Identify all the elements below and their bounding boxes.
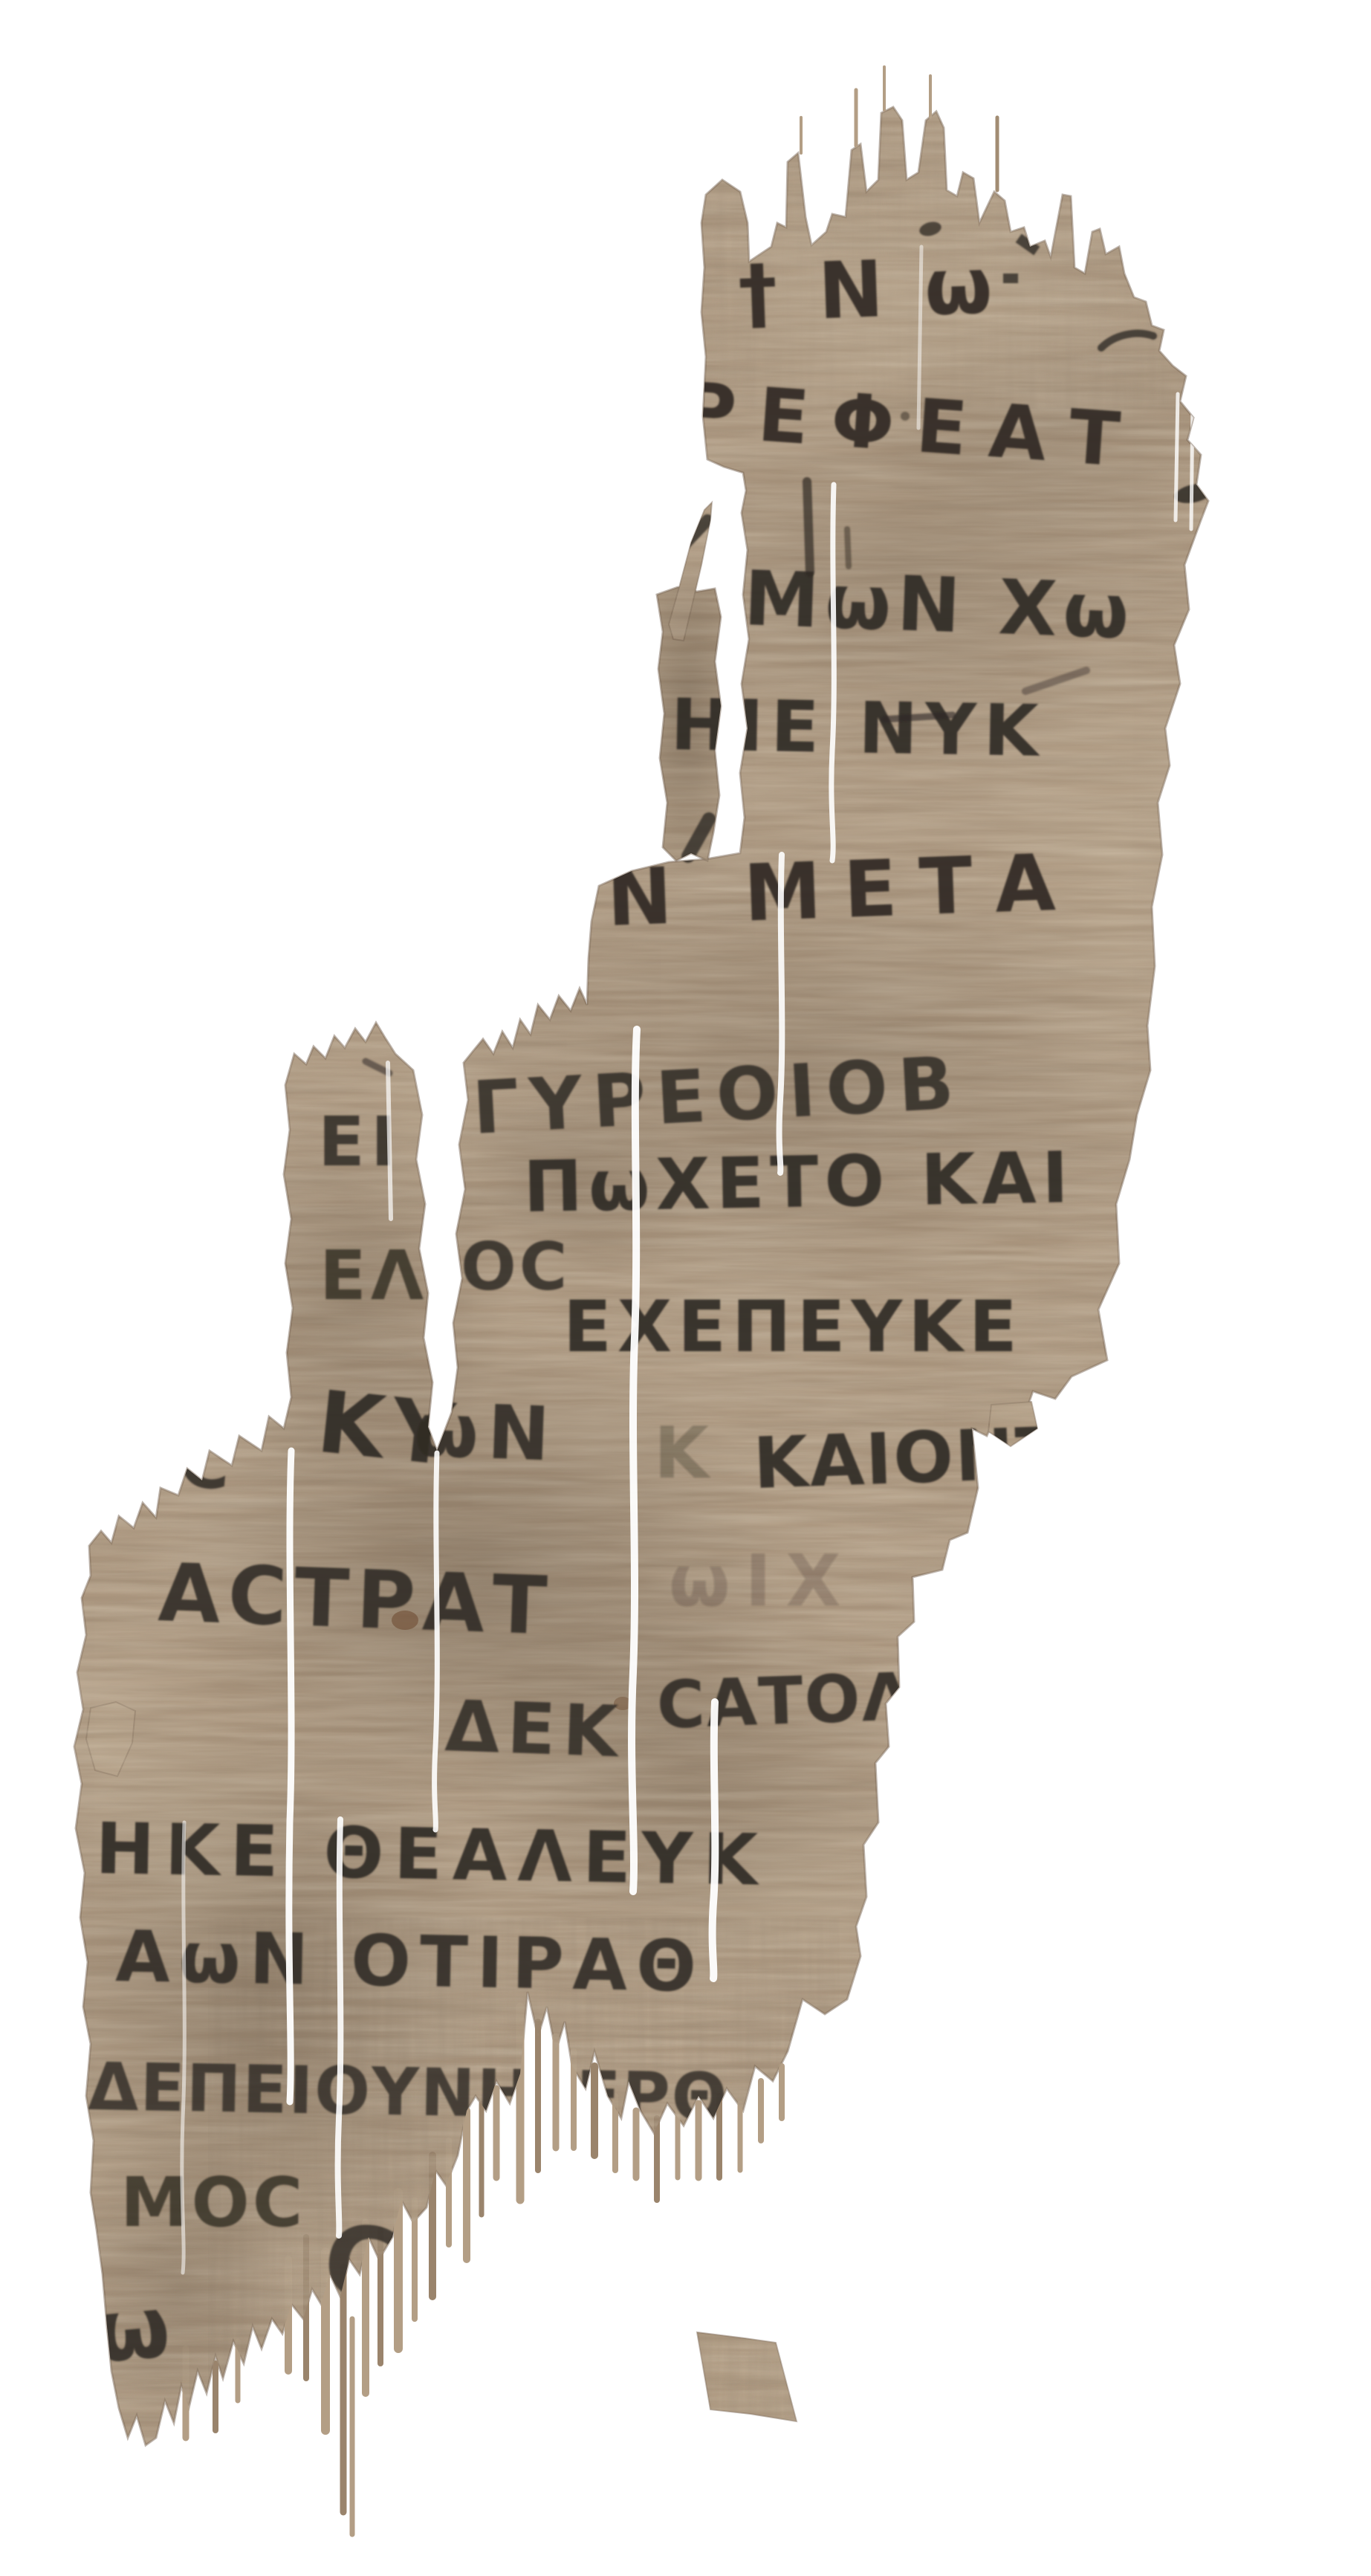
ink-cluster-3: ΜωΝ Χω	[742, 554, 1136, 656]
ink-cluster-1: †Νω	[737, 239, 1035, 340]
ink-cluster-8: ΠωΧΕΤΟ ΚΑΙ	[522, 1137, 1075, 1229]
ink-cluster-19: ΔΕΚ	[444, 1686, 626, 1773]
ink-cluster-17: ΑCΤΡΑΤ	[157, 1547, 556, 1654]
ink-cluster-18: ωΙΧ	[669, 1541, 855, 1622]
ink-cluster-21: ΗΚΕ ΘΕΑΛΕΥΚ	[95, 1808, 769, 1902]
ink-cluster-10: ΟC	[461, 1229, 570, 1305]
ink-cluster-5: Ν ΜΕΤΑ	[606, 837, 1079, 944]
papyrus-scan: †ΝωΡΕΦΕΑΤΜωΝ ΧωΗΙΕ ΝΥΚΝ ΜΕΤΑΓΥΡΕΟΙΟΒΕΙΠω…	[0, 0, 1371, 2576]
ink-cluster-20: CΑΤΟΛ	[655, 1658, 915, 1744]
ink-cluster-9: ΕΛ	[320, 1236, 428, 1315]
ink-cluster-24: ΜΟC	[120, 2163, 305, 2242]
ink-cluster-22: ΑωΝ ΟΤΙΡΑΘ	[115, 1916, 706, 2008]
ink-cluster-15: Κ	[654, 1413, 711, 1495]
